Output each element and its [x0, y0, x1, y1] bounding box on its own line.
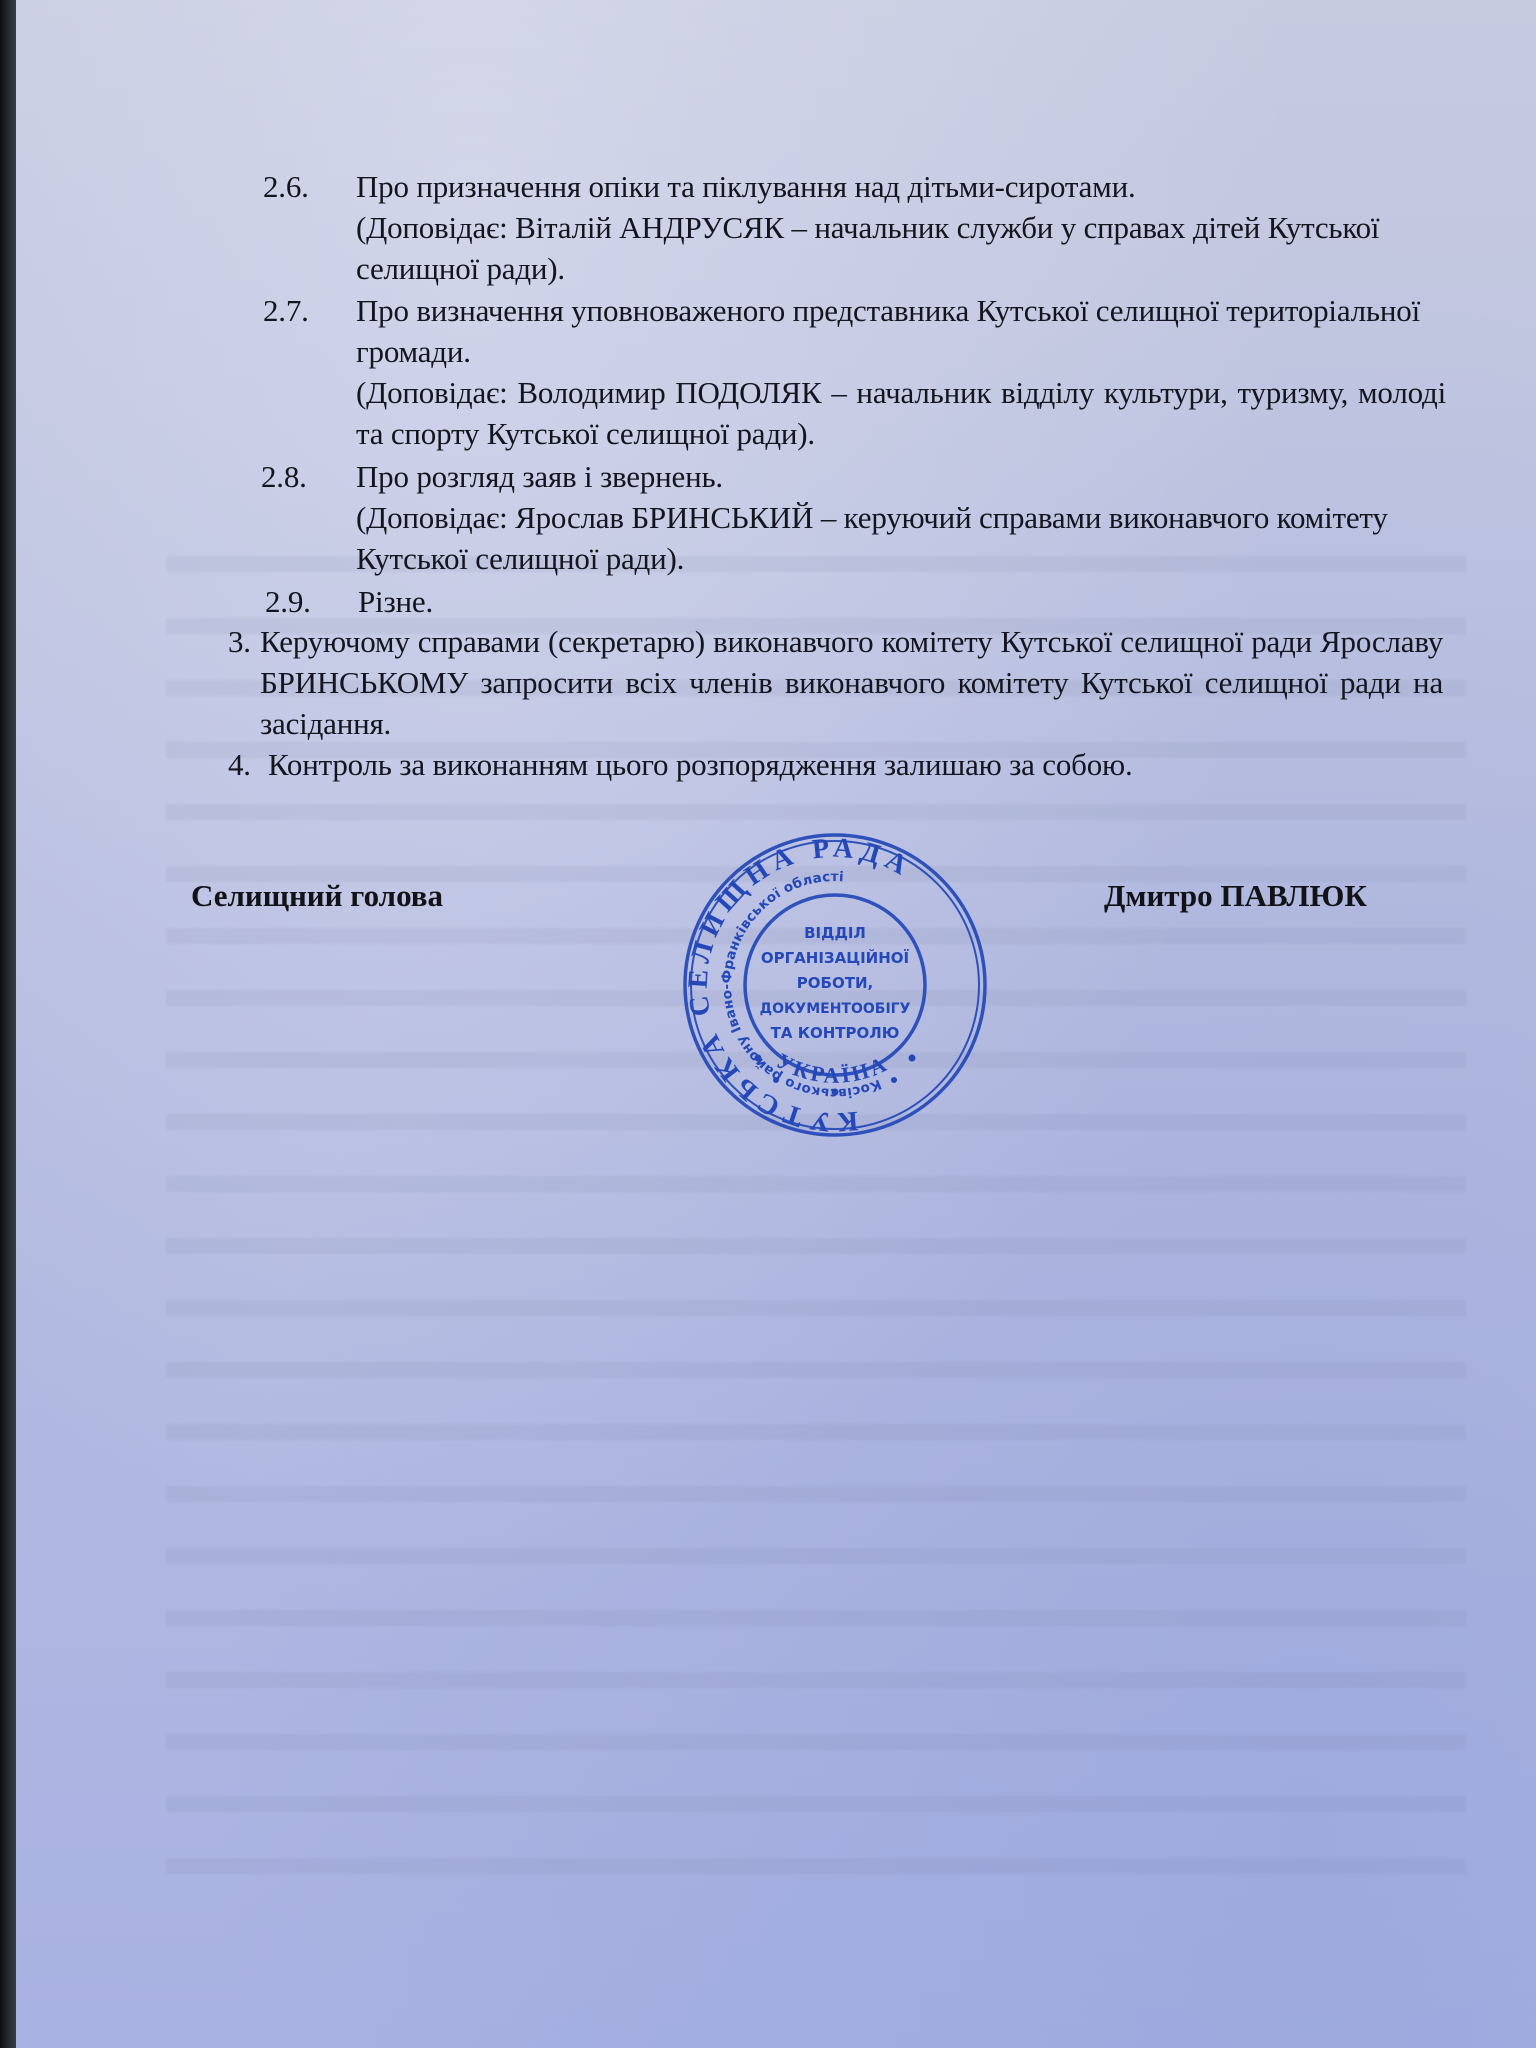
signature-name: Дмитро ПАВЛЮК — [1104, 878, 1367, 914]
item-reporter: (Доповідає: Віталій АНДРУСЯК – начальник… — [356, 207, 1446, 289]
item-reporter: (Доповідає: Володимир ПОДОЛЯК – начальни… — [356, 372, 1446, 454]
point-number: 3. — [228, 621, 251, 662]
item-title: Різне. — [358, 581, 658, 622]
stamp-center-line: ВІДДІЛ — [804, 924, 866, 942]
stamp-center-line: РОБОТИ, — [797, 974, 873, 992]
item-title: Про визначення уповноваженого представни… — [356, 290, 1446, 372]
desk-edge — [0, 0, 16, 2048]
stamp-center-line: ТА КОНТРОЛЮ — [771, 1024, 900, 1042]
stamp-center-line: ОРГАНІЗАЦІЙНОЇ — [761, 948, 910, 967]
item-number: 2.9. — [265, 581, 311, 622]
item-number: 2.7. — [263, 290, 309, 331]
point-text: Керуючому справами (секретарю) виконавчо… — [260, 621, 1443, 744]
item-number: 2.8. — [261, 456, 307, 497]
item-title: Про розгляд заяв і звернень. — [356, 456, 1416, 497]
point-number: 4. — [228, 744, 251, 785]
signature-position: Селищний голова — [191, 878, 443, 914]
item-number: 2.6. — [263, 166, 309, 207]
item-title: Про призначення опіки та піклування над … — [356, 166, 1446, 207]
point-text: Контроль за виконанням цього розпоряджен… — [268, 744, 1443, 785]
item-reporter: (Доповідає: Ярослав БРИНСЬКИЙ – керуючий… — [356, 497, 1416, 579]
official-stamp: КУТСЬКА СЕЛИЩНА РАДА Косівського району … — [680, 830, 990, 1140]
stamp-center-line: ДОКУМЕНТООБІГУ — [760, 1001, 911, 1017]
document-page: 2.6. Про призначення опіки та піклування… — [16, 0, 1536, 2048]
